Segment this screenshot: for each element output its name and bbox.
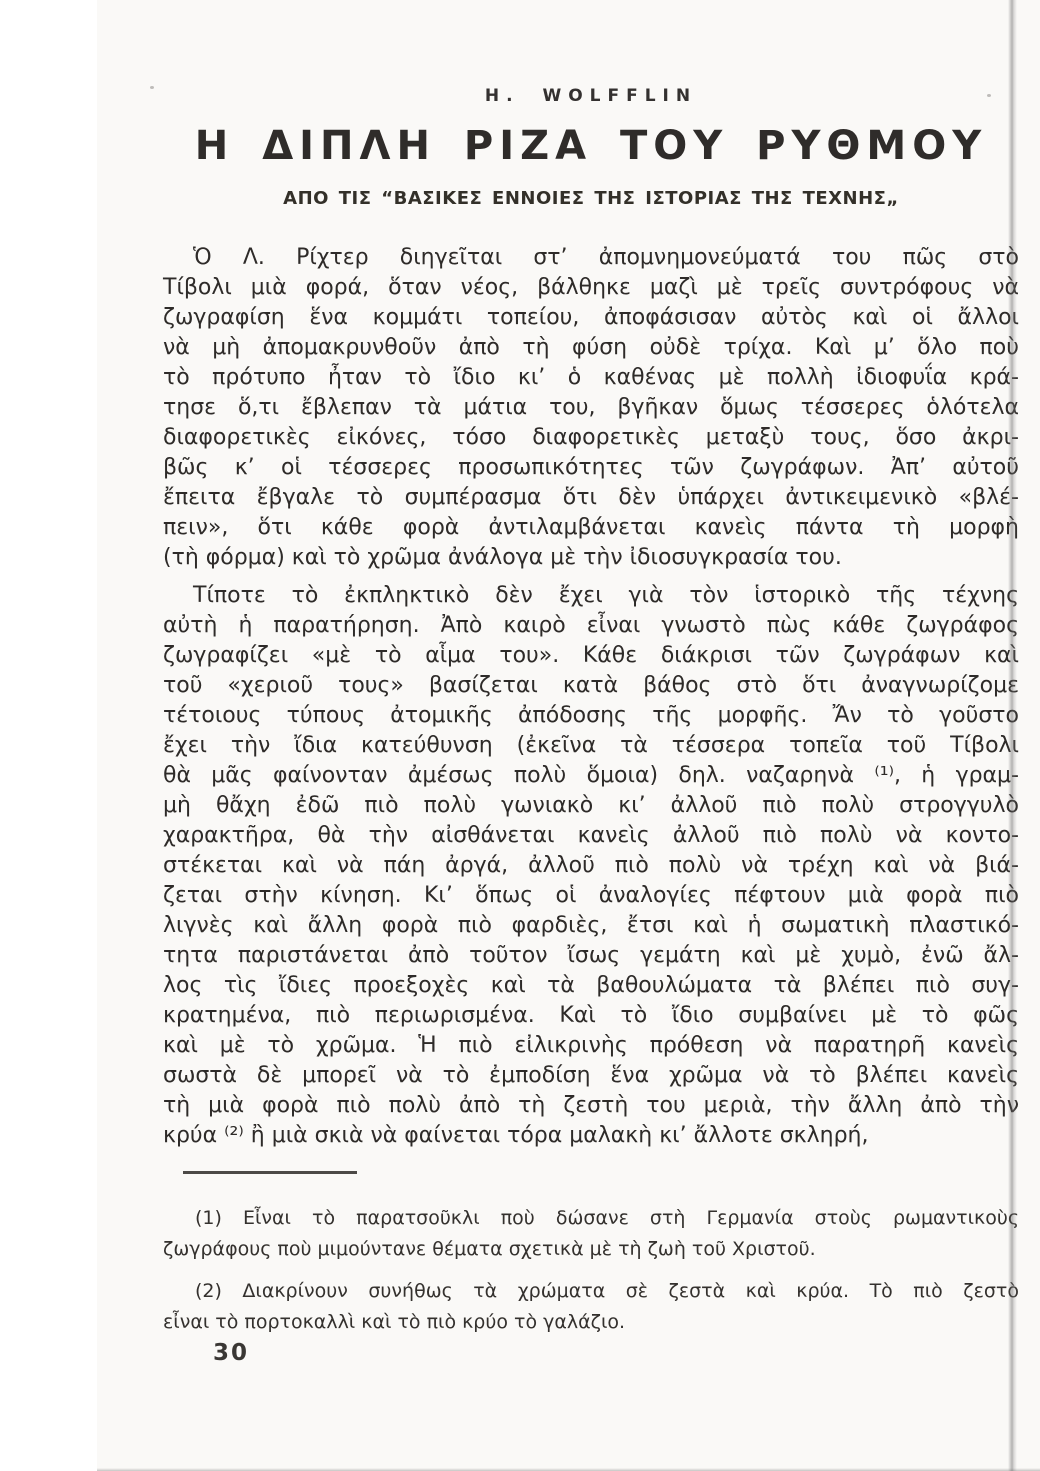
- footnote-2: (2) Διακρίνουν συνήθως τὰ χρώματα σὲ ζεσ…: [163, 1276, 1019, 1338]
- text-line: Τίβολι μιὰ φορά, ὅταν νέος, βάλθηκε μαζὶ…: [163, 273, 1019, 303]
- scanned-page: H. WOLFFLIN Η ΔΙΠΛΗ ΡΙΖΑ ΤΟΥ ΡΥΘΜΟΥ ΑΠΟ …: [97, 0, 1040, 1471]
- text-line: εἶναι τὸ πορτοκαλλὶ καὶ τὸ πιὸ κρύο τὸ γ…: [163, 1307, 1019, 1338]
- text-line: ζωγραφίση ἕνα κομμάτι τοπείου, ἀποφάσισα…: [163, 303, 1019, 333]
- text-line: μὴ θἄχη ἐδῶ πιὸ πολὺ γωνιακὸ κι’ ἀλλοῦ π…: [163, 791, 1019, 821]
- text-line: (τὴ φόρμα) καὶ τὸ χρῶμα ἀνάλογα μὲ τὴν ἰ…: [163, 543, 1019, 573]
- page-edge-shadow: [1008, 0, 1017, 1471]
- footnote-1: (1) Εἶναι τὸ παρατσοῦκλι ποὺ δώσανε στὴ …: [163, 1203, 1019, 1265]
- paragraph-2: Τίποτε τὸ ἐκπληκτικὸ δὲν ἔχει γιὰ τὸν ἱσ…: [163, 581, 1019, 1151]
- footnotes: (1) Εἶναι τὸ παρατσοῦκλι ποὺ δώσανε στὴ …: [163, 1203, 1019, 1349]
- page-content: H. WOLFFLIN Η ΔΙΠΛΗ ΡΙΖΑ ΤΟΥ ΡΥΘΜΟΥ ΑΠΟ …: [163, 0, 1019, 1471]
- text-line: Ὁ Λ. Ρίχτερ διηγεῖται στ’ ἀπομνημονεύματ…: [163, 243, 1019, 273]
- text-line: (2) Διακρίνουν συνήθως τὰ χρώματα σὲ ζεσ…: [163, 1276, 1019, 1307]
- text-line: νὰ μὴ ἀπομακρυνθοῦν ἀπὸ τὴ φύση οὐδὲ τρί…: [163, 333, 1019, 363]
- text-line: κρύα ⁽²⁾ ἢ μιὰ σκιὰ νὰ φαίνεται τόρα μαλ…: [163, 1121, 1019, 1151]
- text-line: καὶ μὲ τὸ χρῶμα. Ἡ πιὸ εἰλικρινὴς πρόθεσ…: [163, 1031, 1019, 1061]
- text-line: στέκεται καὶ νὰ πάη ἀργά, ἀλλοῦ πιὸ πολὺ…: [163, 851, 1019, 881]
- text-line: ζεται στὴν κίνηση. Κι’ ὅπως οἱ ἀναλογίες…: [163, 881, 1019, 911]
- text-line: κρατημένα, πιὸ περιωρισμένα. Καὶ τὸ ἴδιο…: [163, 1001, 1019, 1031]
- text-line: λος τὶς ἴδιες προεξοχὲς καὶ τὰ βαθουλώμα…: [163, 971, 1019, 1001]
- text-line: ἔπειτα ἔβγαλε τὸ συμπέρασμα ὅτι δὲν ὑπάρ…: [163, 483, 1019, 513]
- text-line: ἔχει τὴν ἴδια κατεύθυνση (ἐκεῖνα τὰ τέσσ…: [163, 731, 1019, 761]
- page-subtitle: ΑΠΟ ΤΙΣ “ΒΑΣΙΚΕΣ ΕΝΝΟΙΕΣ ΤΗΣ ΙΣΤΟΡΙΑΣ ΤΗ…: [163, 188, 1019, 209]
- text-line: Τίποτε τὸ ἐκπληκτικὸ δὲν ἔχει γιὰ τὸν ἱσ…: [163, 581, 1019, 611]
- text-line: ζωγραφίζει «μὲ τὸ αἷμα του». Κάθε διάκρι…: [163, 641, 1019, 671]
- paragraph-1: Ὁ Λ. Ρίχτερ διηγεῖται στ’ ἀπομνημονεύματ…: [163, 243, 1019, 573]
- text-line: διαφορετικὲς εἰκόνες, τόσο διαφορετικὲς …: [163, 423, 1019, 453]
- article-body: Ὁ Λ. Ρίχτερ διηγεῖται στ’ ἀπομνημονεύματ…: [163, 243, 1019, 1151]
- text-line: αὐτὴ ἡ παρατήρηση. Ἀπὸ καιρὸ εἶναι γνωστ…: [163, 611, 1019, 641]
- page-number: 30: [213, 1340, 249, 1366]
- text-line: λιγνὲς καὶ ἄλλη φορὰ πιὸ φαρδιὲς, ἔτσι κ…: [163, 911, 1019, 941]
- text-line: βῶς κ’ οἱ τέσσερες προσωπικότητες τῶν ζω…: [163, 453, 1019, 483]
- footnote-separator: [183, 1171, 357, 1174]
- text-line: πειν», ὅτι κάθε φορὰ ἀντιλαμβάνεται κανε…: [163, 513, 1019, 543]
- text-line: (1) Εἶναι τὸ παρατσοῦκλι ποὺ δώσανε στὴ …: [163, 1203, 1019, 1234]
- text-line: χαρακτῆρα, θὰ τὴν αἰσθάνεται κανεὶς ἀλλο…: [163, 821, 1019, 851]
- text-line: τὸ πρότυπο ἦταν τὸ ἴδιο κι’ ὁ καθένας μὲ…: [163, 363, 1019, 393]
- text-line: τητα παριστάνεται ἀπὸ τοῦτον ἴσως γεμάτη…: [163, 941, 1019, 971]
- scanner-background: { "page": { "author": "H. WOLFFLIN", "ti…: [0, 0, 1040, 1471]
- text-line: τησε ὅ,τι ἔβλεπαν τὰ μάτια του, βγῆκαν ὅ…: [163, 393, 1019, 423]
- text-line: ζωγράφους ποὺ μιμούντανε θέματα σχετικὰ …: [163, 1234, 1019, 1265]
- scan-speck: [150, 86, 154, 89]
- text-line: τὴ μιὰ φορὰ πιὸ πολὺ ἀπὸ τὴ ζεστὴ του με…: [163, 1091, 1019, 1121]
- text-line: τοῦ «χεριοῦ τους» βασίζεται κατὰ βάθος σ…: [163, 671, 1019, 701]
- author-name: H. WOLFFLIN: [163, 86, 1019, 106]
- page-title: Η ΔΙΠΛΗ ΡΙΖΑ ΤΟΥ ΡΥΘΜΟΥ: [163, 124, 1019, 168]
- text-line: σωστὰ δὲ μπορεῖ νὰ τὸ ἐμποδίση ἕνα χρῶμα…: [163, 1061, 1019, 1091]
- text-line: θὰ μᾶς φαίνονταν ἀμέσως πολὺ ὅμοια) δηλ.…: [163, 761, 1019, 791]
- text-line: τέτοιους τύπους ἀτομικῆς ἀπόδοσης τῆς μο…: [163, 701, 1019, 731]
